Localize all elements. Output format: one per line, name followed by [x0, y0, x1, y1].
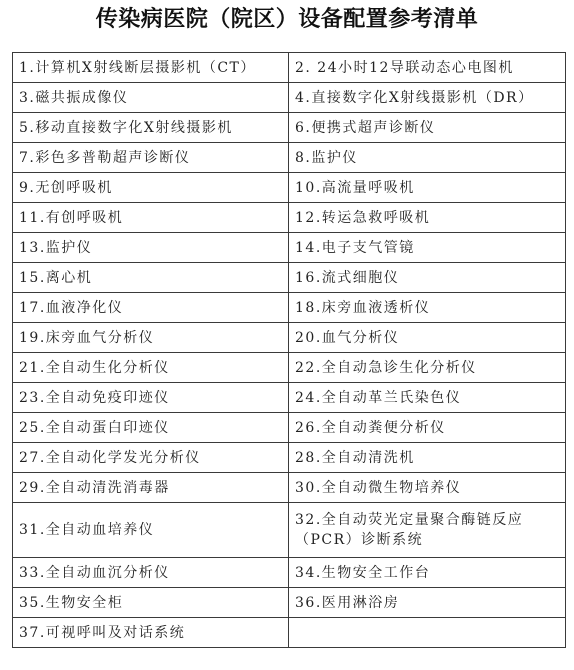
equipment-item: 27.全自动化学发光分析仪 [13, 443, 289, 473]
table-row: 9.无创呼吸机 10.高流量呼吸机 [13, 173, 566, 203]
equipment-item: 29.全自动清洗消毒器 [13, 473, 289, 503]
equipment-item: 1.计算机X射线断层摄影机（CT） [13, 53, 289, 83]
equipment-item: 2. 24小时12导联动态心电图机 [289, 53, 566, 83]
table-row: 13.监护仪 14.电子支气管镜 [13, 233, 566, 263]
table-row: 1.计算机X射线断层摄影机（CT） 2. 24小时12导联动态心电图机 [13, 53, 566, 83]
equipment-item: 35.生物安全柜 [13, 588, 289, 618]
table-row: 19.床旁血气分析仪 20.血气分析仪 [13, 323, 566, 353]
equipment-item: 4.直接数字化X射线摄影机（DR） [289, 83, 566, 113]
equipment-item: 14.电子支气管镜 [289, 233, 566, 263]
equipment-item: 33.全自动血沉分析仪 [13, 558, 289, 588]
equipment-item: 34.生物安全工作台 [289, 558, 566, 588]
equipment-list-table: 1.计算机X射线断层摄影机（CT） 2. 24小时12导联动态心电图机 3.磁共… [12, 52, 566, 648]
equipment-item: 22.全自动急诊生化分析仪 [289, 353, 566, 383]
equipment-item: 25.全自动蛋白印迹仪 [13, 413, 289, 443]
table-row: 35.生物安全柜 36.医用淋浴房 [13, 588, 566, 618]
table-row: 25.全自动蛋白印迹仪 26.全自动粪便分析仪 [13, 413, 566, 443]
table-row: 21.全自动生化分析仪 22.全自动急诊生化分析仪 [13, 353, 566, 383]
table-row: 27.全自动化学发光分析仪 28.全自动清洗机 [13, 443, 566, 473]
table-row: 17.血液净化仪 18.床旁血液透析仪 [13, 293, 566, 323]
equipment-item: 32.全自动荧光定量聚合酶链反应（PCR）诊断系统 [289, 503, 566, 558]
equipment-item: 37.可视呼叫及对话系统 [13, 618, 289, 648]
table-row: 29.全自动清洗消毒器 30.全自动微生物培养仪 [13, 473, 566, 503]
equipment-item: 3.磁共振成像仪 [13, 83, 289, 113]
equipment-item: 8.监护仪 [289, 143, 566, 173]
equipment-item: 9.无创呼吸机 [13, 173, 289, 203]
table-row: 5.移动直接数字化X射线摄影机 6.便携式超声诊断仪 [13, 113, 566, 143]
table-row: 7.彩色多普勒超声诊断仪 8.监护仪 [13, 143, 566, 173]
equipment-item: 36.医用淋浴房 [289, 588, 566, 618]
equipment-item: 11.有创呼吸机 [13, 203, 289, 233]
equipment-item: 26.全自动粪便分析仪 [289, 413, 566, 443]
equipment-item: 10.高流量呼吸机 [289, 173, 566, 203]
table-row: 37.可视呼叫及对话系统 [13, 618, 566, 648]
equipment-item: 28.全自动清洗机 [289, 443, 566, 473]
equipment-item: 15.离心机 [13, 263, 289, 293]
equipment-item: 13.监护仪 [13, 233, 289, 263]
equipment-item: 7.彩色多普勒超声诊断仪 [13, 143, 289, 173]
empty-cell [289, 618, 566, 648]
equipment-item: 5.移动直接数字化X射线摄影机 [13, 113, 289, 143]
equipment-item: 23.全自动免疫印迹仪 [13, 383, 289, 413]
page-title: 传染病医院（院区）设备配置参考清单 [0, 4, 574, 34]
equipment-item: 19.床旁血气分析仪 [13, 323, 289, 353]
equipment-item: 21.全自动生化分析仪 [13, 353, 289, 383]
equipment-item: 17.血液净化仪 [13, 293, 289, 323]
table-row: 23.全自动免疫印迹仪 24.全自动革兰氏染色仪 [13, 383, 566, 413]
equipment-item: 12.转运急救呼吸机 [289, 203, 566, 233]
table-row: 3.磁共振成像仪 4.直接数字化X射线摄影机（DR） [13, 83, 566, 113]
table-row: 33.全自动血沉分析仪 34.生物安全工作台 [13, 558, 566, 588]
table-row: 15.离心机 16.流式细胞仪 [13, 263, 566, 293]
equipment-item: 24.全自动革兰氏染色仪 [289, 383, 566, 413]
equipment-item: 16.流式细胞仪 [289, 263, 566, 293]
table-row: 11.有创呼吸机 12.转运急救呼吸机 [13, 203, 566, 233]
equipment-item: 18.床旁血液透析仪 [289, 293, 566, 323]
equipment-item: 6.便携式超声诊断仪 [289, 113, 566, 143]
table-row: 31.全自动血培养仪 32.全自动荧光定量聚合酶链反应（PCR）诊断系统 [13, 503, 566, 558]
equipment-item: 20.血气分析仪 [289, 323, 566, 353]
equipment-item: 30.全自动微生物培养仪 [289, 473, 566, 503]
equipment-item: 31.全自动血培养仪 [13, 503, 289, 558]
